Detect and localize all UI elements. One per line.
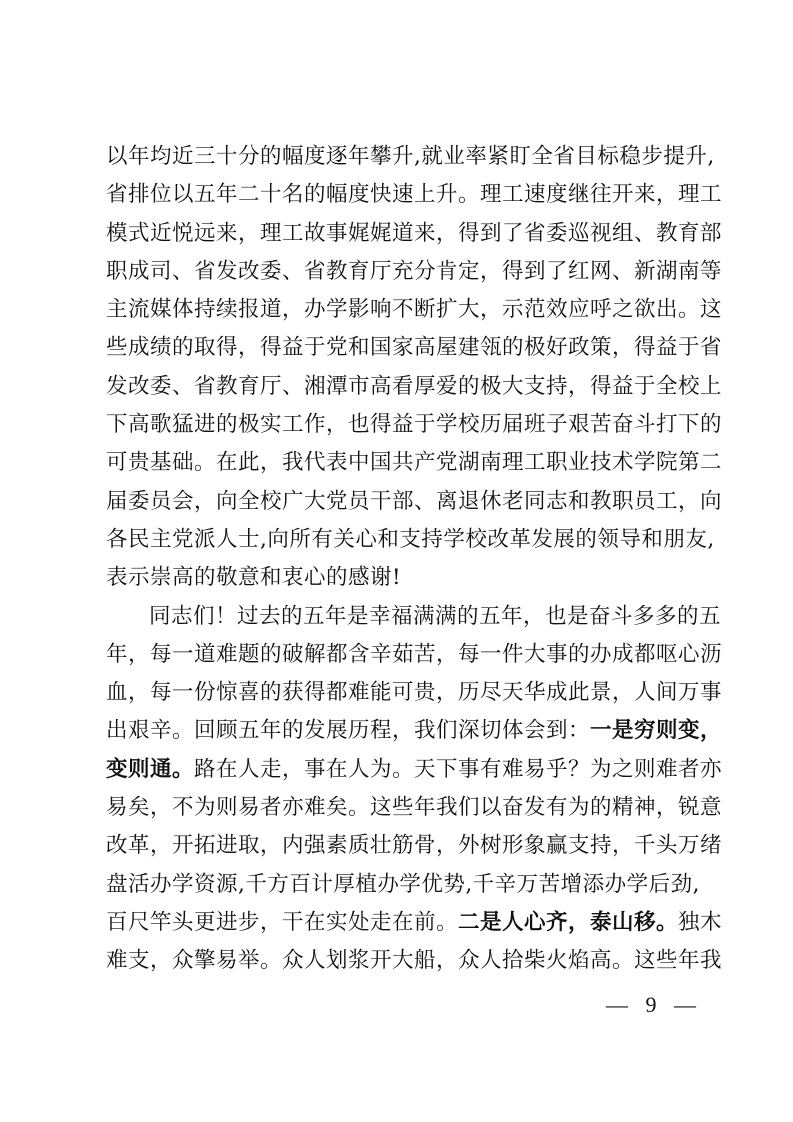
text-line: 职成司、省发改委、省教育厅充分肯定，得到了红网、新湖南等 [106,253,686,291]
text-line: 模式近悦远来，理工故事娓娓道来，得到了省委巡视组、教育部 [106,215,686,253]
text-run: 百尺竿头更进步，干在实处走在前。 [106,910,458,935]
text-line: 以年均近三十分的幅度逐年攀升,就业率紧盯全省目标稳步提升, [106,138,686,176]
text-run: 独木 [678,910,722,935]
text-line: 变则通。路在人走，事在人为。天下事有难易乎？为之则难者亦 [106,751,686,789]
text-line: 届委员会，向全校广大党员干部、离退休老同志和教职员工，向 [106,483,686,521]
text-line: 易矣，不为则易者亦难矣。这些年我们以奋发有为的精神，锐意 [106,789,686,827]
body-text: 以年均近三十分的幅度逐年攀升,就业率紧盯全省目标稳步提升, 省排位以五年二十名的… [106,138,686,981]
text-line: 出艰辛。回顾五年的发展历程，我们深切体会到：一是穷则变， [106,712,686,750]
text-line: 表示崇高的敬意和衷心的感谢! [106,559,686,597]
text-line: 些成绩的取得，得益于党和国家高屋建瓴的极好政策，得益于省 [106,329,686,367]
document-page: 以年均近三十分的幅度逐年攀升,就业率紧盯全省目标稳步提升, 省排位以五年二十名的… [0,0,793,1122]
text-run: 出艰辛。回顾五年的发展历程，我们深切体会到： [106,718,590,743]
text-line: 省排位以五年二十名的幅度快速上升。理工速度继往开来，理工 [106,176,686,214]
text-line: 发改委、省教育厅、湘潭市高看厚爱的极大支持，得益于全校上 [106,368,686,406]
emphasis-heading-2: 二是人心齐，泰山移。 [458,910,678,935]
text-line: 血，每一份惊喜的获得都难能可贵，历尽天华成此景，人间万事 [106,674,686,712]
text-line: 各民主党派人士,向所有关心和支持学校改革发展的领导和朋友, [106,521,686,559]
text-line: 同志们！过去的五年是幸福满满的五年，也是奋斗多多的五 [106,598,686,636]
emphasis-heading-1a: 一是穷则变， [590,718,722,743]
text-line: 可贵基础。在此，我代表中国共产党湖南理工职业技术学院第二 [106,444,686,482]
text-run: 路在人走，事在人为。天下事有难易乎？为之则难者亦 [194,757,722,782]
emphasis-heading-1b: 变则通。 [106,757,194,782]
page-number: — 9 — [606,992,702,1018]
text-line: 难支，众擎易举。众人划浆开大船，众人拾柴火焰高。这些年我 [106,942,686,980]
text-line: 百尺竿头更进步，干在实处走在前。二是人心齐，泰山移。独木 [106,904,686,942]
text-line: 盘活办学资源,千方百计厚植办学优势,千辛万苦增添办学后劲, [106,866,686,904]
text-line: 年，每一道难题的破解都含辛茹苦，每一件大事的办成都呕心沥 [106,636,686,674]
text-line: 改革，开拓进取，内强素质壮筋骨，外树形象赢支持，千头万绪 [106,827,686,865]
text-line: 下高歌猛进的极实工作，也得益于学校历届班子艰苦奋斗打下的 [106,406,686,444]
text-line: 主流媒体持续报道，办学影响不断扩大，示范效应呼之欲出。这 [106,291,686,329]
